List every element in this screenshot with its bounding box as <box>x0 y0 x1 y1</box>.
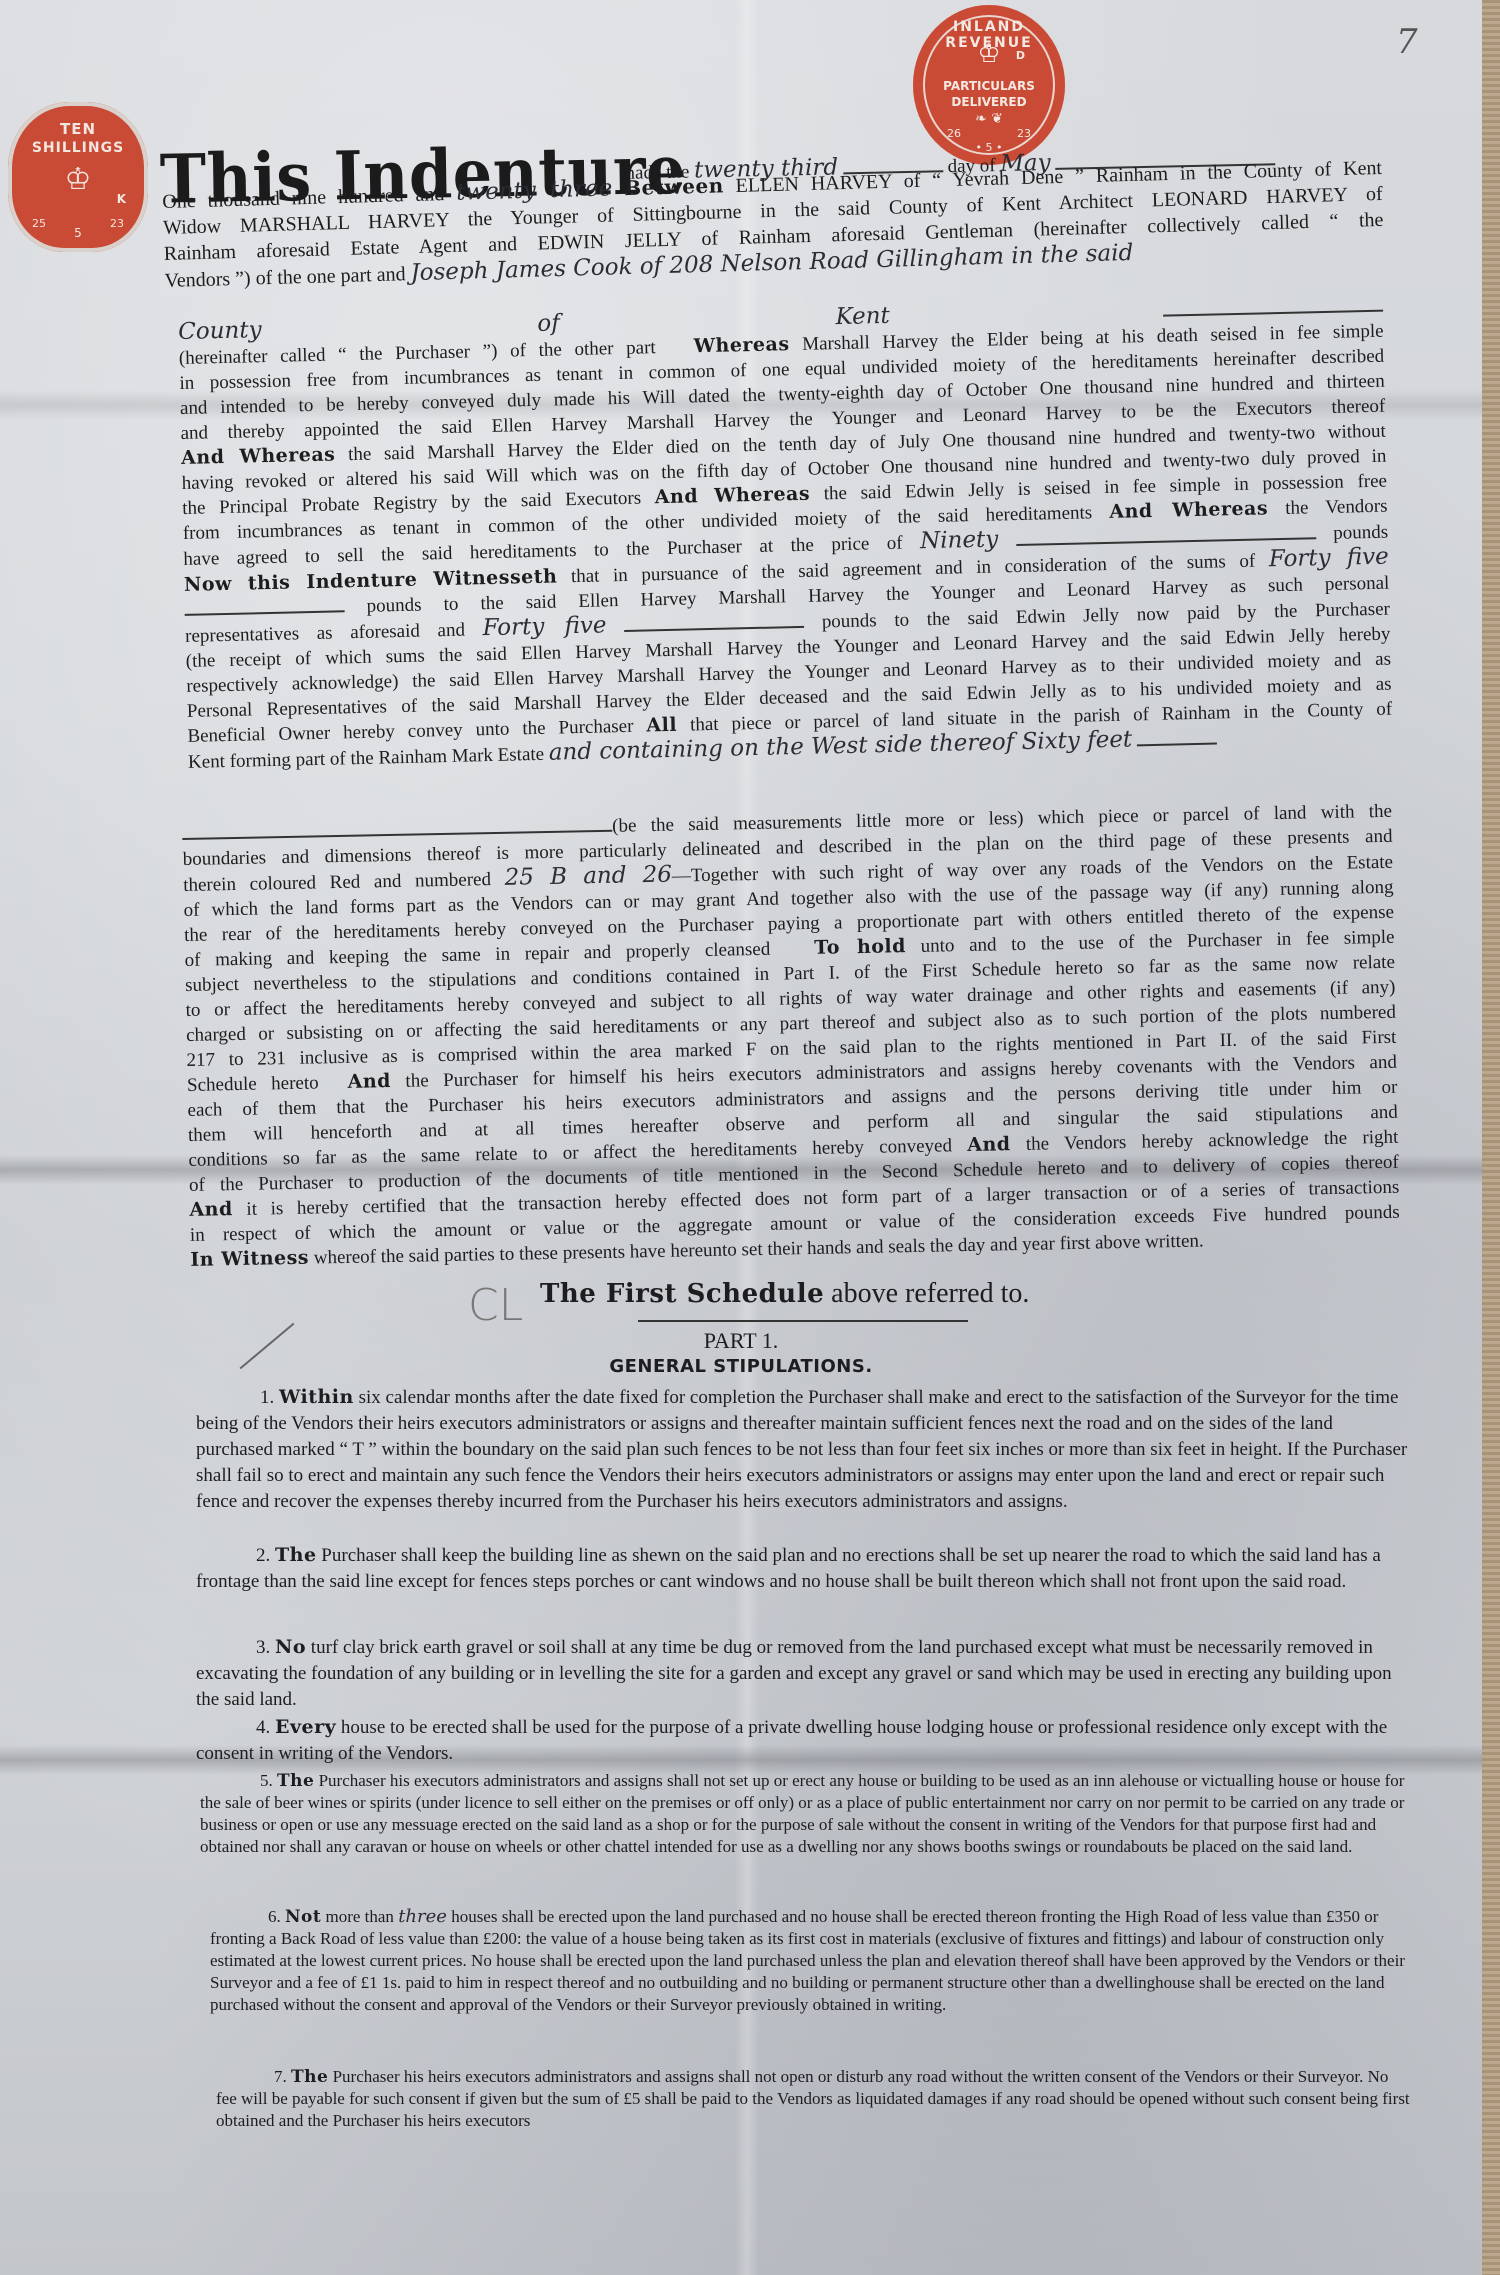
handwritten-year: twenty three <box>456 175 613 205</box>
handwritten-price: Ninety <box>920 526 999 554</box>
wreath-icon: ❧ ❦ <box>913 111 1065 127</box>
keyword: Not <box>285 1907 321 1927</box>
handwritten-house-count: three <box>398 1906 447 1927</box>
text: Kent forming part of the Rainham Mark Es… <box>188 744 545 773</box>
clause-number: 7. <box>274 2067 287 2086</box>
handwritten-sum: Forty five <box>1269 544 1389 573</box>
keyword: Every <box>275 1716 336 1738</box>
clause-number: 5. <box>260 1771 273 1790</box>
clause-4: 4. Every house to be erected shall be us… <box>196 1714 1414 1767</box>
stamp-text: PARTICULARS <box>913 79 1065 93</box>
clause-1: 1. Within six calendar months after the … <box>196 1384 1414 1515</box>
clause-3: 3. No turf clay brick earth gravel or so… <box>196 1634 1414 1713</box>
recitals: County of Kent (hereinafter called “ the… <box>178 293 1393 775</box>
text: therein coloured Red and numbered <box>183 869 491 896</box>
indenture-page: TEN SHILLINGS ♔ K 25 5 23 INLAND REVENUE… <box>0 0 1482 2275</box>
keyword: And <box>967 1133 1011 1156</box>
clause-number: 1. <box>260 1387 274 1408</box>
operative-clause: (be the said measurements little more or… <box>182 799 1400 1273</box>
keyword: And Whereas <box>655 483 811 509</box>
text: the Vendors <box>1285 496 1388 519</box>
keyword: The <box>275 1544 317 1566</box>
clause-2: 2. The Purchaser shall keep the building… <box>196 1542 1414 1595</box>
clause-number: 3. <box>256 1637 270 1658</box>
clause-number: 4. <box>256 1717 270 1738</box>
stamp-letter: D <box>1016 49 1025 62</box>
inland-revenue-stamp: INLAND REVENUE ♔ D PARTICULARS DELIVERED… <box>913 5 1065 165</box>
part-heading: PART 1. <box>0 1328 1482 1354</box>
keyword: Within <box>279 1386 354 1408</box>
clause-text: house to be erected shall be used for th… <box>196 1717 1387 1764</box>
stamp-text: TEN <box>8 120 148 138</box>
stamp-text: SHILLINGS <box>8 140 148 156</box>
keyword: In Witness <box>190 1247 309 1271</box>
keyword: The <box>291 2067 328 2087</box>
stamp-date-year: 23 <box>1017 127 1031 140</box>
schedule-title: The First Schedule above referred to. <box>540 1278 1029 1310</box>
clause-text: six calendar months after the date fixed… <box>196 1387 1407 1512</box>
clause-text: Purchaser his executors administrators a… <box>200 1771 1404 1856</box>
crown-icon: ♔ <box>913 39 1065 69</box>
ten-shillings-duty-stamp: TEN SHILLINGS ♔ K 25 5 23 <box>8 102 148 252</box>
clause-text: more than <box>325 1907 393 1926</box>
pencil-annotation-cl: CL <box>468 1280 523 1331</box>
clause-7: 7. The Purchaser his heirs executors adm… <box>216 2066 1411 2132</box>
clause-6: 6. Not more than three houses shall be e… <box>210 1906 1410 2016</box>
keyword: And <box>347 1070 391 1093</box>
schedule-title-rest: above referred to. <box>831 1278 1029 1309</box>
paper-edge <box>1482 0 1500 2275</box>
keyword: Between <box>624 173 724 200</box>
corner-pencil-mark: 7 <box>1396 22 1418 62</box>
keyword: The <box>277 1771 314 1791</box>
stamp-text: DELIVERED <box>913 95 1065 109</box>
keyword: All <box>646 714 677 737</box>
schedule-underline <box>638 1320 968 1322</box>
stamp-date-month: 5 <box>8 226 148 240</box>
stamp-date-day: 26 <box>947 127 961 140</box>
keyword: And Whereas <box>181 443 336 468</box>
clause-number: 2. <box>256 1545 270 1566</box>
keyword: And Whereas <box>1109 497 1268 523</box>
clause-number: 6. <box>268 1907 281 1926</box>
handwritten-plot-numbers: 25 B and 26 <box>504 862 672 891</box>
text: pounds <box>1333 522 1388 544</box>
crown-icon: ♔ <box>8 162 148 197</box>
clause-5: 5. The Purchaser his executors administr… <box>200 1770 1420 1858</box>
clause-text: turf clay brick earth gravel or soil sha… <box>196 1637 1392 1710</box>
clause-text: Purchaser his heirs executors administra… <box>216 2067 1410 2130</box>
clause-text: Purchaser shall keep the building line a… <box>196 1545 1381 1592</box>
stamp-date-year: 23 <box>110 217 124 230</box>
schedule-title-blackletter: The First Schedule <box>540 1279 824 1309</box>
keyword: To hold <box>814 935 906 959</box>
text: Schedule hereto <box>187 1072 319 1096</box>
part-subheading: GENERAL STIPULATIONS. <box>0 1356 1482 1377</box>
stamp-letter: K <box>117 192 126 206</box>
keyword: No <box>275 1636 306 1658</box>
keyword: And <box>189 1198 233 1221</box>
text: Vendors ”) of the one part and <box>164 263 406 292</box>
handwritten-sum: Forty five <box>482 612 607 641</box>
keyword: Whereas <box>693 333 789 357</box>
